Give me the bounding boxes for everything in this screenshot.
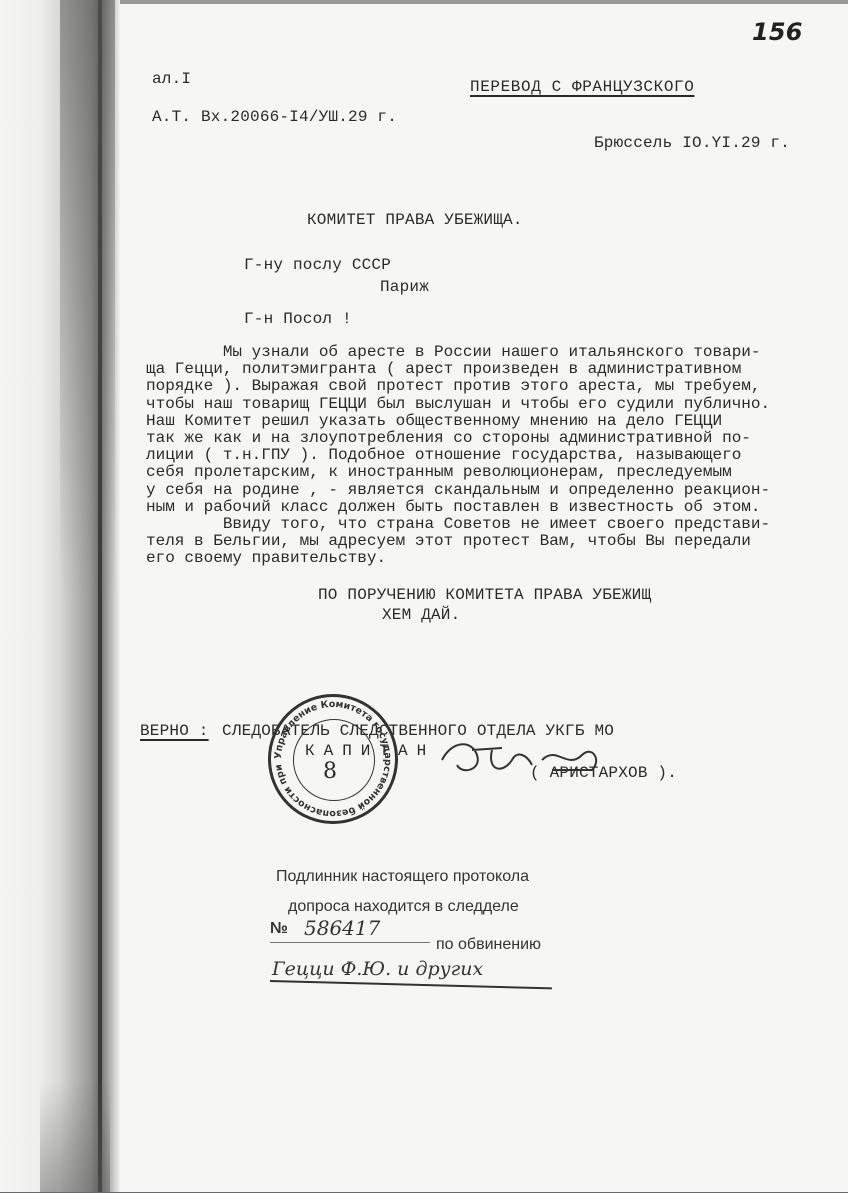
case-number-prefix: № (270, 920, 288, 938)
closing-line2: ХЕМ ДАЙ. (382, 606, 460, 624)
sheet-reference: ал.I (152, 70, 191, 88)
case-number-line (270, 942, 430, 943)
sender-title: КОМИТЕТ ПРАВА УБЕЖИЩА. (307, 211, 523, 229)
registry-reference: А.Т. Вх.20066-I4/УШ.29 г. (152, 108, 397, 126)
letter-body: Мы узнали об аресте в России нашего итал… (146, 344, 846, 568)
translation-note: ПЕРЕВОД С ФРАНЦУЗСКОГО (470, 78, 694, 96)
body-line: Мы узнали об аресте в России нашего итал… (146, 344, 846, 361)
certification-label: ВЕРНО : (140, 722, 209, 740)
archive-stamp-line2: допроса находится в следделе (288, 898, 519, 916)
charge-label: по обвинению (436, 936, 541, 954)
addressee-line1: Г-ну послу СССР (244, 256, 391, 274)
page-top-edge (120, 0, 848, 4)
binding-shadow-bottom (40, 1080, 110, 1200)
body-line: ща Гецци, политэмигранта ( арест произве… (146, 361, 846, 378)
place-date: Брюссель IO.YI.29 г. (594, 134, 790, 152)
salutation: Г-н Посол ! (244, 310, 352, 328)
archive-stamp-line1: Подлинник настоящего протокола (276, 868, 529, 886)
official-seal: Управление Комитета государственной безо… (268, 694, 398, 824)
body-line: себя пролетарским, к иностранным революц… (146, 464, 846, 481)
page-bottom-edge (0, 1192, 848, 1200)
closing-line1: ПО ПОРУЧЕНИЮ КОМИТЕТА ПРАВА УБЕЖИЩ (318, 586, 651, 604)
body-line: теля в Бельгии, мы адресуем этот протест… (146, 533, 846, 550)
binding-shadow (60, 0, 115, 600)
page-number: 156 (752, 18, 803, 46)
addressee-line2: Париж (380, 278, 429, 296)
body-line: порядке ). Выражая свой протест против э… (146, 378, 846, 395)
handwritten-signature (432, 730, 612, 790)
accused-underline (270, 980, 552, 989)
seal-number: 8 (323, 759, 337, 784)
body-line: чтобы наш товарищ ГЕЦЦИ был выслушан и ч… (146, 396, 846, 413)
body-line: ным и рабочий класс должен быть поставле… (146, 499, 846, 516)
body-line: его своему правительству. (146, 550, 846, 567)
body-line: Наш Комитет решил указать общественному … (146, 413, 846, 430)
body-line: лиции ( т.н.ГПУ ). Подобное отношение го… (146, 447, 846, 464)
body-line: у себя на родине , - является скандальны… (146, 482, 846, 499)
body-line: так же как и на злоупотребления со сторо… (146, 430, 846, 447)
case-number: 586417 (304, 916, 380, 940)
body-line: Ввиду того, что страна Советов не имеет … (146, 516, 846, 533)
accused-name: Гецци Ф.Ю. и других (272, 958, 483, 980)
